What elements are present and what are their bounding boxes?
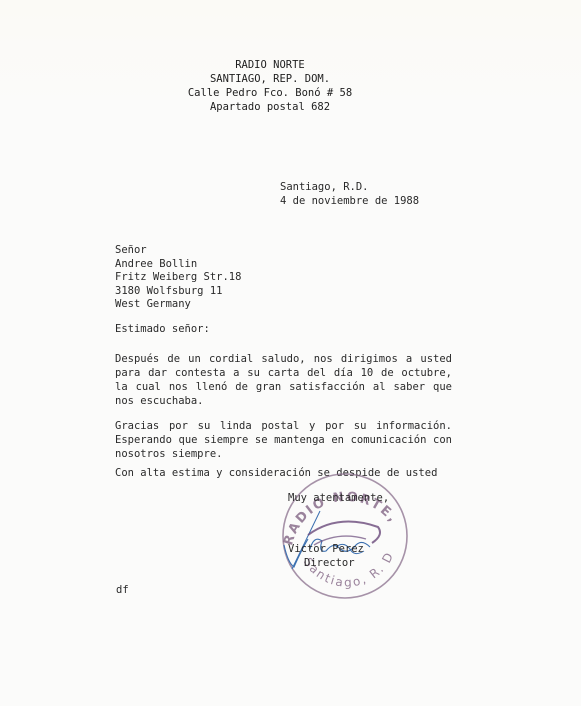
letterhead-street: Calle Pedro Fco. Bonó # 58	[170, 86, 370, 100]
letter-page: RADIO NORTE SANTIAGO, REP. DOM. Calle Pe…	[0, 0, 581, 706]
signer-name: Victor Perez	[288, 542, 364, 556]
typist-initials: df	[116, 584, 129, 596]
body-paragraph-1: Después de un cordial saludo, nos dirigi…	[115, 352, 452, 408]
recipient-street: Fritz Weiberg Str.18	[115, 271, 241, 285]
body-paragraph-2: Gracias por su linda postal y por su inf…	[115, 419, 452, 461]
dateline-date: 4 de noviembre de 1988	[280, 194, 419, 208]
signer-title: Director	[288, 556, 364, 570]
stamp-bottom-text: Santiago, R. D.	[270, 468, 397, 590]
dateline: Santiago, R.D. 4 de noviembre de 1988	[280, 180, 419, 208]
recipient-address: Señor Andree Bollin Fritz Weiberg Str.18…	[115, 244, 241, 312]
svg-text:Santiago, R. D.: Santiago, R. D.	[270, 468, 397, 590]
recipient-country: West Germany	[115, 298, 241, 312]
recipient-honorific: Señor	[115, 244, 241, 258]
letterhead: RADIO NORTE SANTIAGO, REP. DOM. Calle Pe…	[170, 58, 370, 114]
company-stamp-icon: RADIO NORTE, S. A. Santiago, R. D.	[270, 468, 420, 600]
closing: Muy atentamente,	[288, 492, 389, 504]
salutation: Estimado señor:	[115, 323, 210, 335]
letterhead-city: SANTIAGO, REP. DOM.	[170, 72, 370, 86]
letterhead-station-name: RADIO NORTE	[170, 58, 370, 72]
letterhead-po-box: Apartado postal 682	[170, 100, 370, 114]
recipient-city: 3180 Wolfsburg 11	[115, 285, 241, 299]
body-paragraph-3: Con alta estima y consideración se despi…	[115, 466, 452, 480]
signer-block: Victor Perez Director	[288, 542, 364, 570]
recipient-name: Andree Bollin	[115, 258, 241, 272]
dateline-place: Santiago, R.D.	[280, 180, 419, 194]
